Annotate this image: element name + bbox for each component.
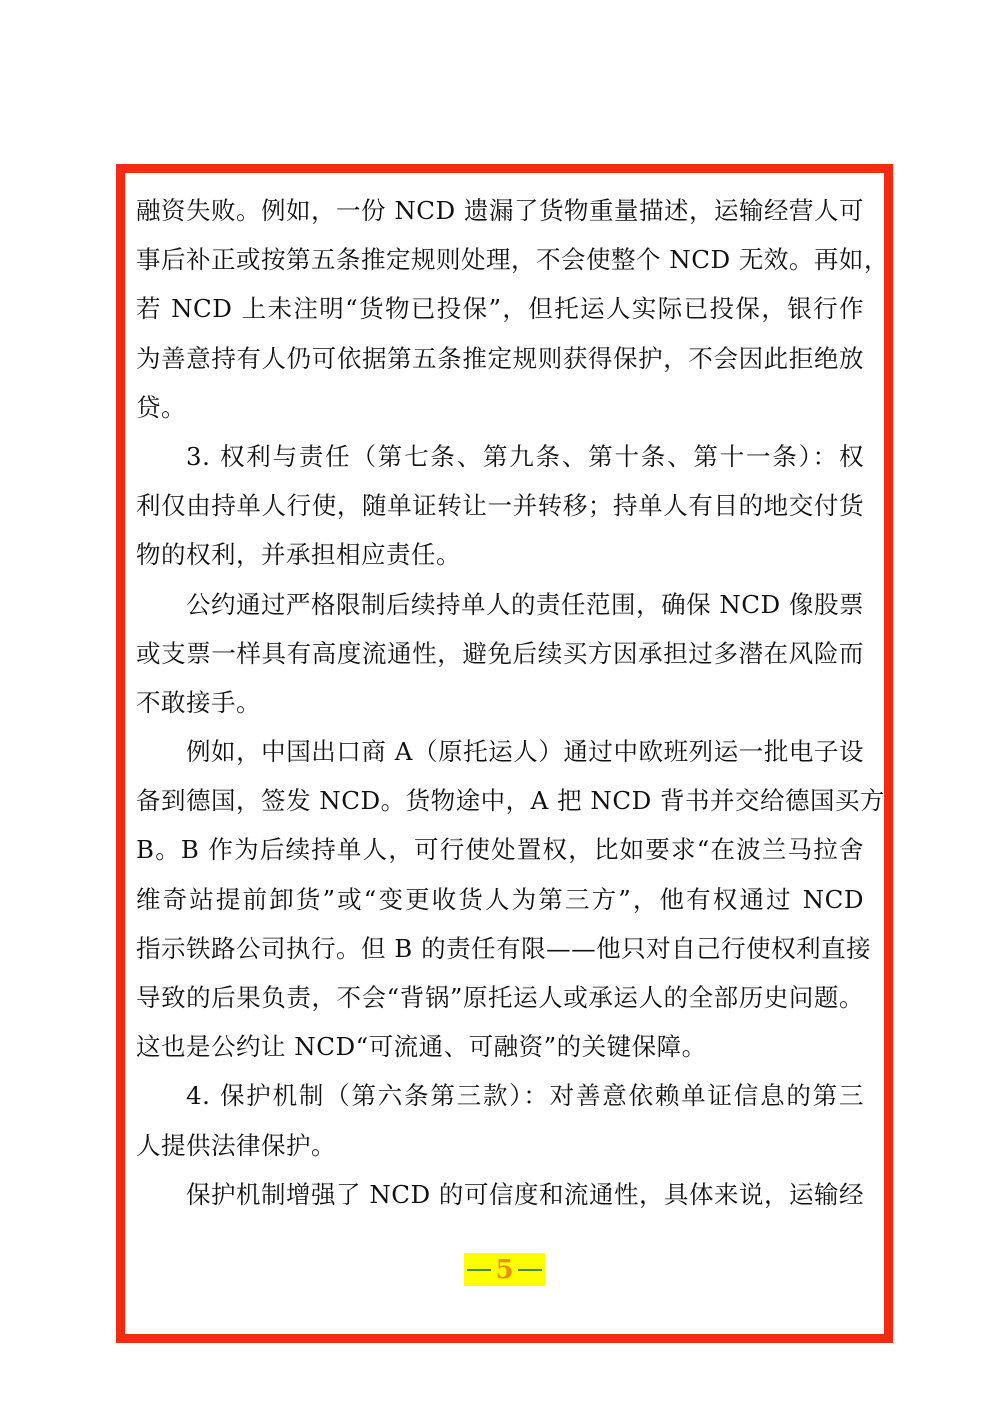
text-line: 保护机制增强了 NCD 的可信度和流通性，具体来说，运输经 <box>136 1170 864 1219</box>
text-line: 贷。 <box>136 383 864 432</box>
text-line: 维奇站提前卸货”或“变更收货人为第三方”，他有权通过 NCD <box>136 875 864 924</box>
text-line: 指示铁路公司执行。但 B 的责任有限——他只对自己行使权利直接 <box>136 924 864 973</box>
section-heading-line: 4. 保护机制（第六条第三款）：对善意依赖单证信息的第三 <box>136 1071 864 1120</box>
text-line: 或支票一样具有高度流通性，避免后续买方因承担过多潜在风险而 <box>136 629 864 678</box>
text-line: 公约通过严格限制后续持单人的责任范围，确保 NCD 像股票 <box>136 580 864 629</box>
text-line: 若 NCD 上未注明“货物已投保”，但托运人实际已投保，银行作 <box>136 284 864 333</box>
document-body: 融资失败。例如，一份 NCD 遗漏了货物重量描述，运输经营人可 事后补正或按第五… <box>136 186 864 1219</box>
dash-right <box>518 1269 542 1271</box>
text-line: 备到德国，签发 NCD。货物途中，A 把 NCD 背书并交给德国买方 <box>136 776 864 825</box>
text-line: 人提供法律保护。 <box>136 1121 864 1170</box>
text-line: 这也是公约让 NCD“可流通、可融资”的关键保障。 <box>136 1022 864 1071</box>
page-number: 5 <box>495 1257 513 1283</box>
text-line: 物的权利，并承担相应责任。 <box>136 530 864 579</box>
section-heading-line: 3. 权利与责任（第七条、第九条、第十条、第十一条）：权 <box>136 432 864 481</box>
text-line: 利仅由持单人行使，随单证转让一并转移；持单人有目的地交付货 <box>136 481 864 530</box>
text-line: 事后补正或按第五条推定规则处理，不会使整个 NCD 无效。再如， <box>136 235 864 284</box>
text-line: 融资失败。例如，一份 NCD 遗漏了货物重量描述，运输经营人可 <box>136 186 864 235</box>
text-line: 例如，中国出口商 A（原托运人）通过中欧班列运一批电子设 <box>136 727 864 776</box>
text-line: 不敢接手。 <box>136 678 864 727</box>
dash-left <box>467 1269 491 1271</box>
page-number-badge: 5 <box>464 1253 545 1286</box>
text-line: B。B 作为后续持单人，可行使处置权，比如要求“在波兰马拉舍 <box>136 825 864 874</box>
text-line: 导致的后果负责，不会“背锅”原托运人或承运人的全部历史问题。 <box>136 973 864 1022</box>
text-line: 为善意持有人仍可依据第五条推定规则获得保护，不会因此拒绝放 <box>136 334 864 383</box>
